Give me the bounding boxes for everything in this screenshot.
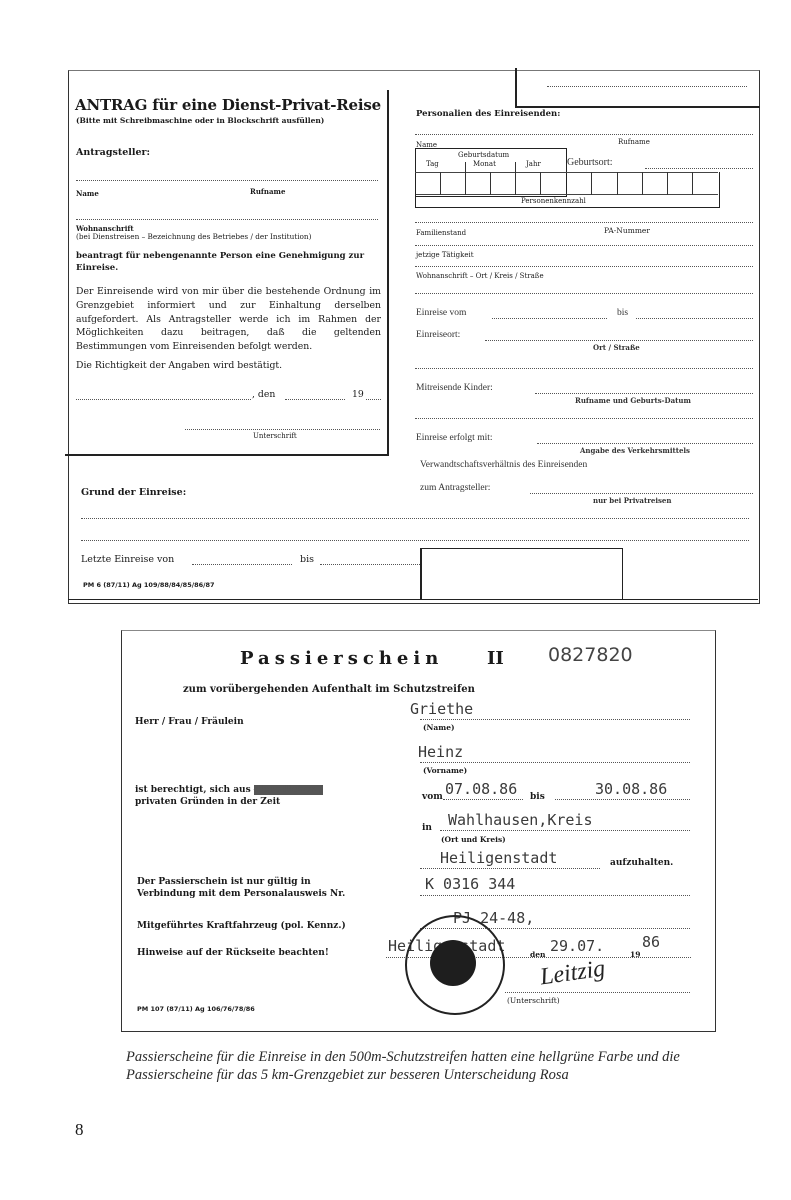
erfolgt-mit-label: Einreise erfolgt mit:: [416, 433, 493, 443]
cell-div: [617, 172, 618, 195]
familienstand-line[interactable]: [415, 222, 753, 223]
passierschein-title: Passierschein: [240, 648, 443, 669]
struck-text: dienstlichen /: [254, 785, 323, 795]
vom-value[interactable]: 07.08.86: [445, 780, 517, 798]
pkz-top: [415, 172, 718, 173]
vom-label: vom: [422, 792, 443, 802]
passierschein-form-code: PM 107 (87/11) Ag 106/76/78/86: [137, 1005, 255, 1013]
anrede-label: Herr / Frau / Fräulein: [135, 717, 244, 727]
name-caption: (Name): [423, 723, 455, 732]
pers-rufname-label: Rufname: [618, 138, 650, 146]
pers-wohnanschrift-label: Wohnanschrift – Ort / Kreis / Straße: [416, 272, 544, 280]
richtigkeit-text: Die Richtigkeit der Angaben wird bestäti…: [76, 359, 282, 373]
cell-div: [540, 172, 541, 195]
letzte-bis-line[interactable]: [320, 564, 420, 565]
ausweis-value[interactable]: K 0316 344: [425, 875, 515, 893]
cell-div: [667, 172, 668, 195]
ort-line: [440, 830, 690, 831]
gueltig-line2: Verbindung mit dem Personalausweis Nr.: [137, 889, 345, 899]
passierschein-subtitle: zum vorübergehenden Aufenthalt im Schutz…: [183, 684, 475, 695]
kinder-label: Mitreisende Kinder:: [416, 383, 493, 393]
unterschrift-line[interactable]: [185, 429, 380, 430]
year-prefix: 19: [352, 388, 364, 402]
letzte-von-line[interactable]: [192, 564, 292, 565]
letzte-einreise-label: Letzte Einreise von: [81, 554, 174, 565]
ort-line[interactable]: [76, 399, 251, 400]
grund-heading: Grund der Einreise:: [81, 487, 186, 498]
den-label: , den: [252, 388, 275, 402]
berechtigt-text: ist berechtigt, sich aus: [135, 785, 251, 795]
ausweis-line: [420, 895, 690, 896]
einreise-bis-label: bis: [617, 308, 628, 318]
berechtigt-line2: privaten Gründen in der Zeit: [135, 797, 280, 807]
vorname-value[interactable]: Heinz: [418, 743, 463, 761]
top-box-line: [547, 86, 747, 87]
vorname-caption: (Vorname): [423, 766, 467, 775]
hinweise-label: Hinweise auf der Rückseite beachten!: [137, 948, 329, 958]
stamp-emblem-icon: [430, 940, 476, 986]
bis-line: [555, 799, 690, 800]
verwandtschaft-label: Verwandtschaftsverhältnis des Einreisend…: [420, 460, 587, 470]
letzte-bis-label: bis: [300, 554, 314, 565]
wohnanschrift-pers-line[interactable]: [415, 266, 753, 267]
dienstreisen-label: (bei Dienstreisen – Bezeichnung des Betr…: [76, 232, 311, 241]
passierschein-number: 0827820: [548, 644, 633, 666]
aufzuhalten-label: aufzuhalten.: [610, 858, 673, 868]
ort-caption: (Ort und Kreis): [441, 835, 506, 844]
vorname-line: [420, 762, 690, 763]
name-label: Name: [76, 189, 99, 198]
geburtsort-line[interactable]: [645, 168, 753, 169]
grund-line-1[interactable]: [81, 518, 749, 519]
geburtsort-label: Geburtsort:: [567, 157, 613, 168]
jahr-label: Jahr: [526, 160, 541, 168]
taetigkeit-label: jetzige Tätigkeit: [416, 251, 474, 259]
einreiseort-line[interactable]: [485, 340, 753, 341]
datum-line[interactable]: [285, 399, 345, 400]
gueltig-line1: Der Passierschein ist nur gültig in: [137, 877, 311, 887]
pers-name-line[interactable]: [415, 134, 753, 135]
einreisende-text: Der Einreisende wird von mir über die be…: [76, 285, 381, 354]
personalien-heading: Personalien des Einreisenden:: [416, 109, 560, 119]
cell-div: [692, 172, 693, 195]
einreise-vom-line[interactable]: [492, 318, 607, 319]
bis-label: bis: [530, 792, 545, 802]
unterschrift-line: [505, 992, 690, 993]
cell-div: [490, 172, 491, 195]
kreis-line: [420, 868, 600, 869]
vom-line: [443, 799, 523, 800]
year-line[interactable]: [366, 399, 381, 400]
name-line: [420, 719, 690, 720]
familienstand-label: Familienstand: [416, 229, 466, 237]
einreiseort-label: Einreiseort:: [416, 330, 460, 340]
pkz-divider: [416, 194, 718, 195]
cell-div: [465, 162, 466, 195]
geburtsdatum-label: Geburtsdatum: [458, 151, 509, 159]
beantragt-text: beantragt für nebengenannte Person eine …: [76, 250, 381, 274]
in-label: in: [422, 823, 432, 833]
datum-value[interactable]: 29.07.: [550, 937, 604, 955]
antrag-form-code: PM 6 (87/11) Ag 109/88/84/85/86/87: [83, 581, 215, 589]
wohnanschrift-line[interactable]: [76, 219, 378, 220]
taetigkeit-line[interactable]: [415, 245, 753, 246]
einreise-vom-label: Einreise vom: [416, 308, 466, 318]
passierschein-series: II: [487, 648, 504, 669]
bottom-box-1: [420, 548, 623, 599]
ort-value[interactable]: Wahlhausen,Kreis: [448, 811, 593, 829]
top-right-box: [515, 68, 760, 108]
zum-antragsteller-label: zum Antragsteller:: [420, 483, 490, 493]
kinder-line-2[interactable]: [415, 418, 753, 419]
pa-nummer-label: PA-Nummer: [604, 226, 650, 235]
bottom-box-2: [621, 548, 757, 598]
einreise-bis-line[interactable]: [636, 318, 753, 319]
bottom-rule: [68, 599, 758, 600]
berechtigt-line1: ist berechtigt, sich aus dienstlichen /: [135, 785, 323, 795]
monat-label: Monat: [473, 160, 496, 168]
bis-value[interactable]: 30.08.86: [595, 780, 667, 798]
grund-line-2[interactable]: [81, 540, 749, 541]
name-value[interactable]: Griethe: [410, 700, 473, 718]
tag-label: Tag: [426, 160, 439, 168]
year-value[interactable]: 86: [642, 933, 660, 951]
cell-div: [515, 162, 516, 195]
unterschrift-label: Unterschrift: [253, 432, 297, 440]
verkehrsmittel-hint: Angabe des Verkehrsmittels: [580, 446, 690, 455]
zum-antragsteller-line[interactable]: [530, 493, 753, 494]
cell-div: [642, 172, 643, 195]
erfolgt-mit-line[interactable]: [537, 443, 753, 444]
unterschrift-caption: (Unterschrift): [507, 996, 560, 1005]
kreis-value[interactable]: Heiligenstadt: [440, 849, 557, 867]
wohnanschrift-pers-line-2[interactable]: [415, 293, 753, 294]
antrag-subtitle: (Bitte mit Schreibmaschine oder in Block…: [76, 116, 324, 125]
personenkennzahl-grid[interactable]: Personenkennzahl: [415, 172, 720, 208]
antragsteller-name-line[interactable]: [76, 180, 378, 181]
cell-div: [440, 172, 441, 195]
ort-strasse-label: Ort / Straße: [593, 343, 640, 352]
figure-caption: Passierscheine für die Einreise in den 5…: [126, 1048, 766, 1084]
antrag-title: ANTRAG für eine Dienst-Privat-Reise: [75, 96, 381, 114]
rufname-label: Rufname: [250, 187, 285, 196]
kfz-label: Mitgeführtes Kraftfahrzeug (pol. Kennz.): [137, 921, 346, 931]
personenkennzahl-label: Personenkennzahl: [521, 197, 586, 205]
page-number: 8: [75, 1120, 84, 1140]
cell-div: [591, 172, 592, 195]
kinder-line[interactable]: [535, 393, 753, 394]
privatreisen-hint: nur bei Privatreisen: [593, 496, 671, 505]
antragsteller-heading: Antragsteller:: [76, 147, 150, 158]
einreiseort-line-2[interactable]: [415, 368, 753, 369]
kinder-hint: Rufname und Geburts-Datum: [575, 396, 691, 405]
